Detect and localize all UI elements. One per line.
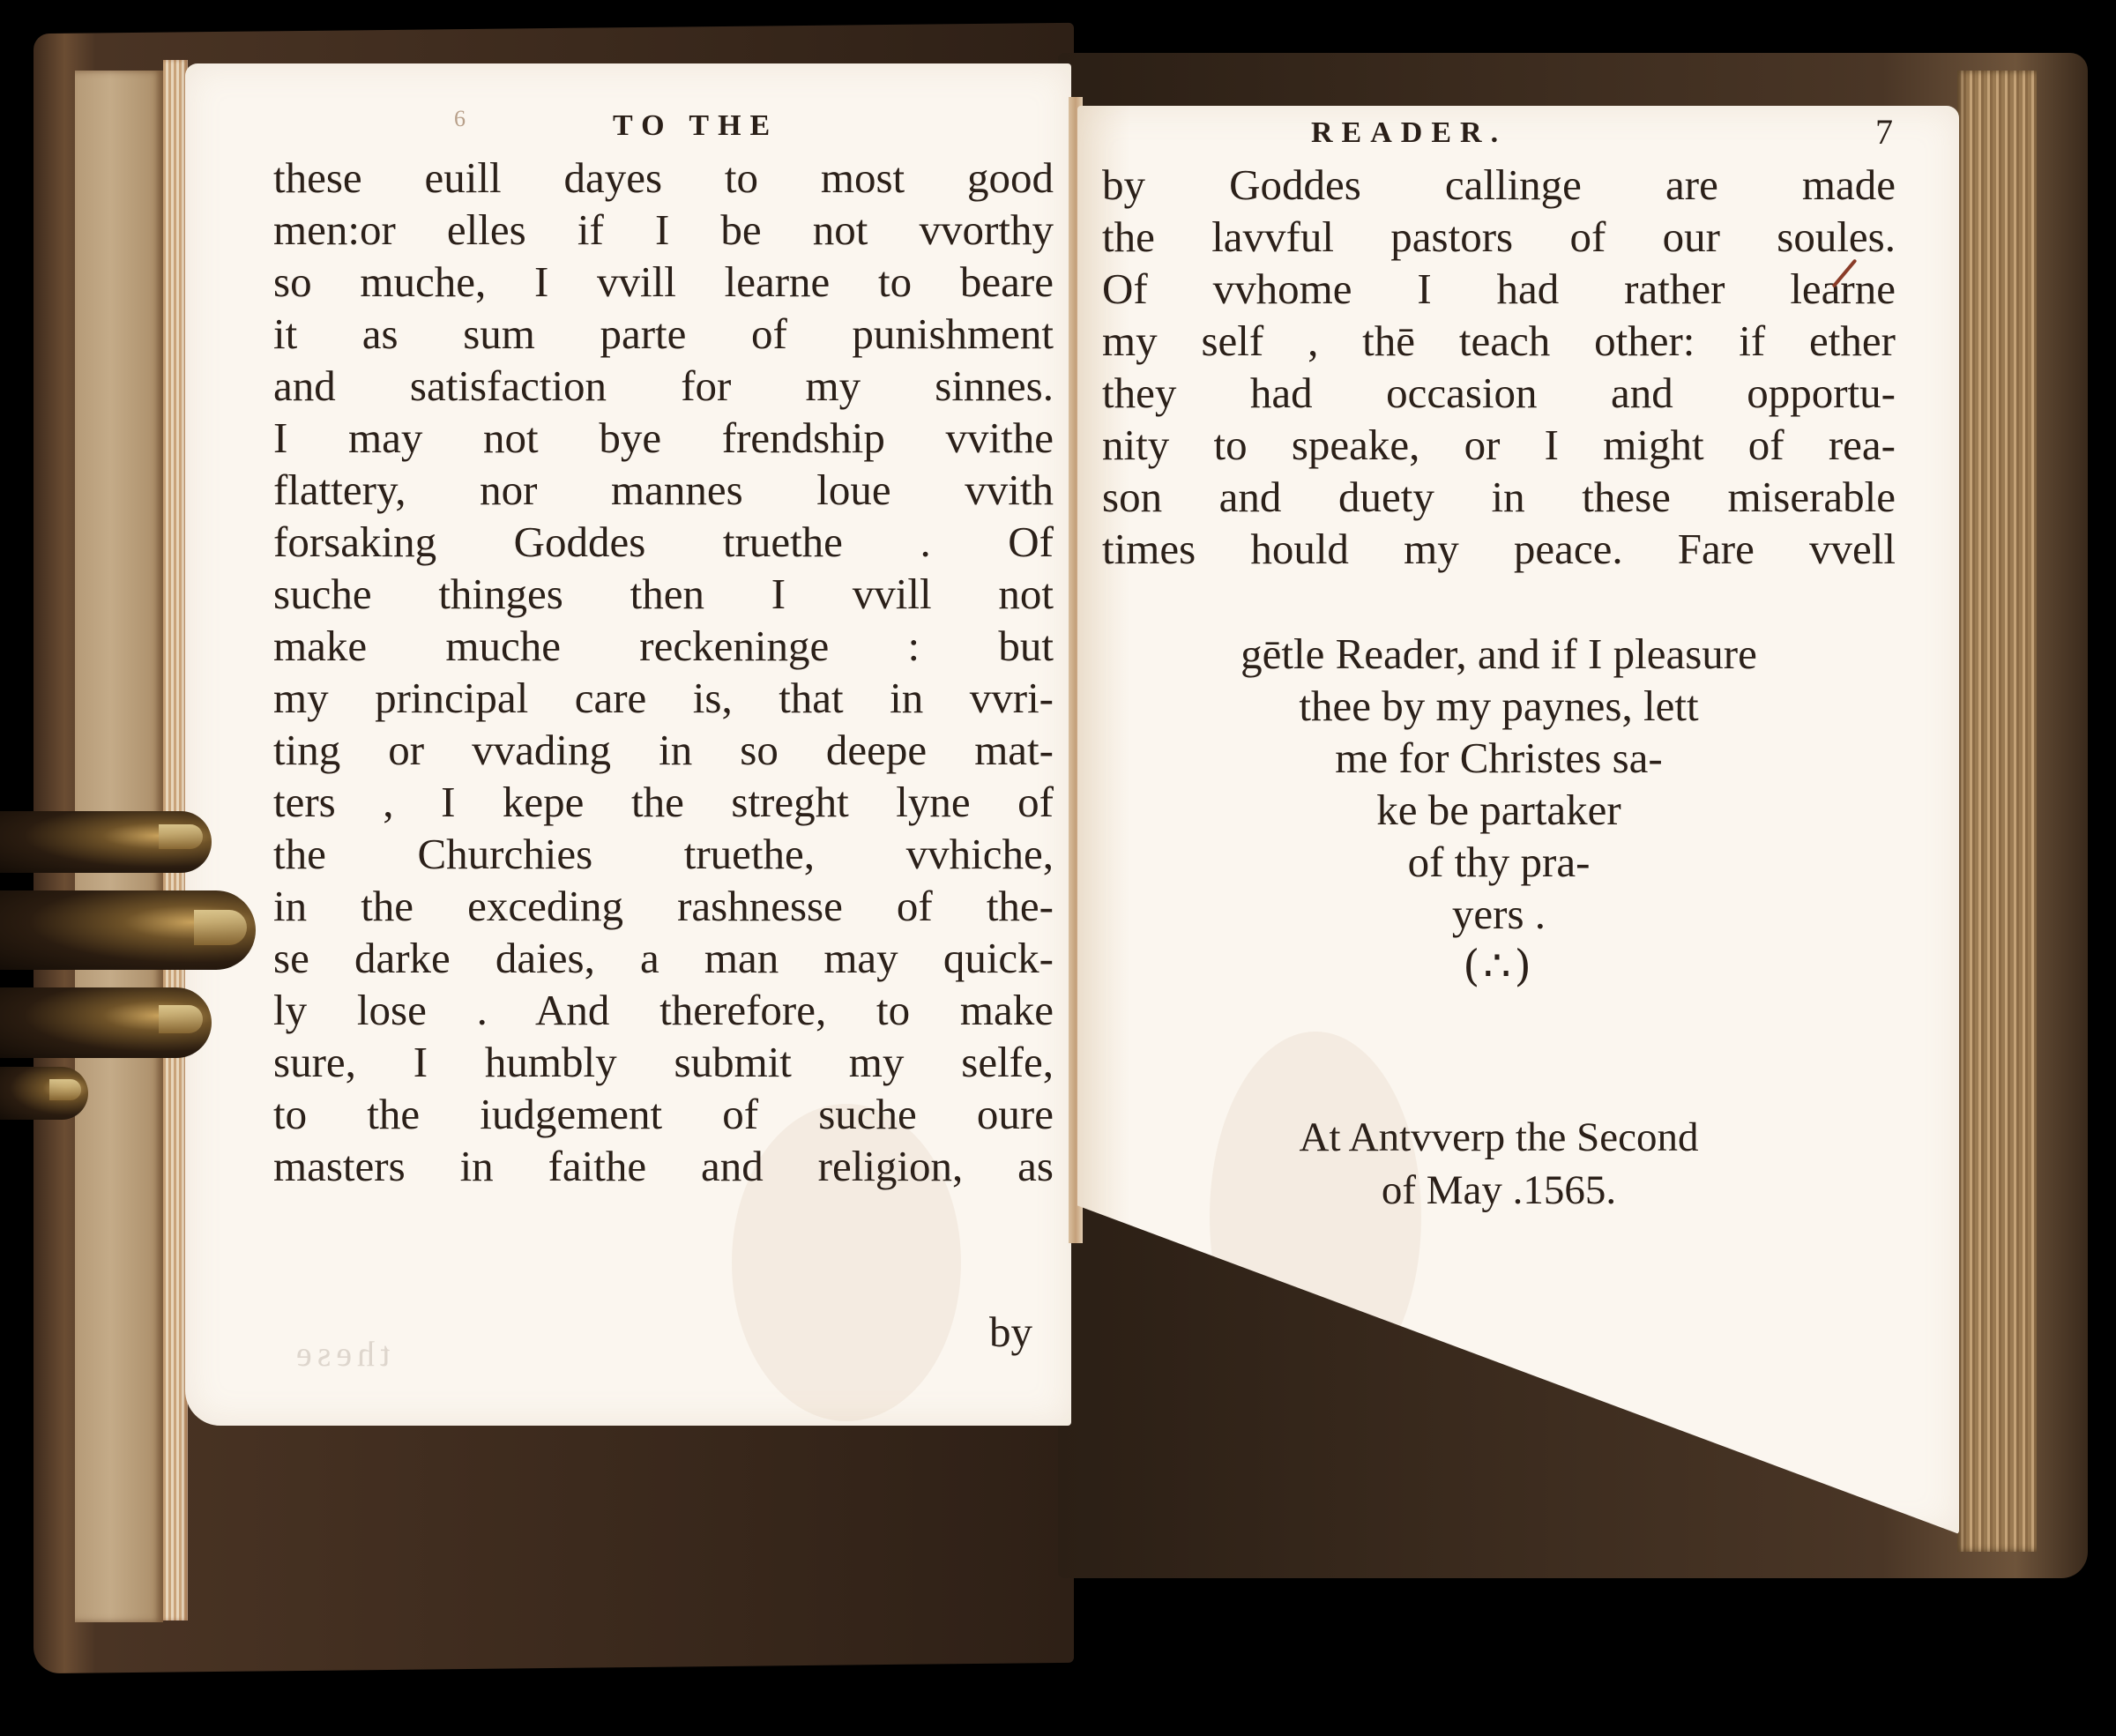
right-closing-text: gētle Reader, and if I pleasure thee by … [1102, 628, 1896, 992]
right-running-head: READER. [1311, 116, 1507, 150]
text-line: flattery, nor mannes loue vvith [273, 464, 1054, 516]
text-line: forsaking Goddes truethe . Of [273, 516, 1054, 568]
text-line: in the exceding rashnesse of the- [273, 880, 1054, 932]
finger [0, 811, 212, 873]
left-body-text: these euill dayes to most good men:or el… [273, 152, 1054, 1192]
catchword: by [989, 1307, 1032, 1357]
bleed-through-text: these [291, 1333, 390, 1375]
text-line: gētle Reader, and if I pleasure [1102, 628, 1896, 680]
text-line: it as sum parte of punishment [273, 308, 1054, 360]
text-line: my self , thē teach other: if ether [1102, 315, 1896, 367]
finger [0, 1067, 88, 1120]
printer-ornament: (∴) [1102, 940, 1896, 992]
left-running-head: TO THE [613, 109, 779, 143]
colophon: At Antvverp the Second of May .1565. [1102, 1111, 1896, 1217]
right-body-text: by Goddes callinge are made the lavvful … [1102, 159, 1896, 575]
text-line: me for Christes sa- [1102, 732, 1896, 784]
text-line: men:or elles if I be not vvorthy [273, 204, 1054, 256]
text-line: I may not bye frendship vvithe [273, 412, 1054, 464]
text-line: times hould my peace. Fare vvell [1102, 523, 1896, 575]
left-page: 6 TO THE these euill dayes to most good … [185, 63, 1071, 1426]
bronze-hand-page-holder [0, 776, 256, 1111]
text-line: these euill dayes to most good [273, 152, 1054, 204]
text-line: ke be partaker [1102, 784, 1896, 836]
text-line: nity to speake, or I might of rea- [1102, 419, 1896, 471]
right-folio-number: 7 [1875, 111, 1893, 153]
text-line: make muche reckeninge : but [273, 620, 1054, 672]
text-line: so muche, I vvill learne to beare [273, 256, 1054, 308]
text-line: yers . [1102, 888, 1896, 940]
text-line: my principal care is, that in vvri- [273, 672, 1054, 724]
text-line: the Churchies truethe, vvhiche, [273, 828, 1054, 880]
text-line: ly lose . And therefore, to make [273, 984, 1054, 1036]
text-line: of thy pra- [1102, 836, 1896, 888]
text-line: by Goddes callinge are made [1102, 159, 1896, 211]
text-line: Of vvhome I had rather learne [1102, 263, 1896, 315]
text-line: son and duety in these miserable [1102, 471, 1896, 523]
text-line: ting or vvading in so deepe mat- [273, 724, 1054, 776]
left-folio-number: 6 [454, 106, 466, 132]
text-line: se darke daies, a man may quick- [273, 932, 1054, 984]
right-fore-edge [1957, 71, 2037, 1552]
colophon-line: of May .1565. [1102, 1164, 1896, 1217]
text-line: to the iudgement of suche oure [273, 1088, 1054, 1140]
finger [0, 987, 212, 1058]
text-line: the lavvful pastors of our soules. [1102, 211, 1896, 263]
finger [0, 890, 256, 970]
text-line: ters , I kepe the streght lyne of [273, 776, 1054, 828]
text-line: sure, I humbly submit my selfe, [273, 1036, 1054, 1088]
text-line: they had occasion and opportu- [1102, 367, 1896, 419]
text-line: thee by my paynes, lett [1102, 680, 1896, 732]
text-line: and satisfaction for my sinnes. [273, 360, 1054, 412]
text-line: suche thinges then I vvill not [273, 568, 1054, 620]
text-line: masters in faithe and religion, as [273, 1140, 1054, 1192]
colophon-line: At Antvverp the Second [1102, 1111, 1896, 1164]
